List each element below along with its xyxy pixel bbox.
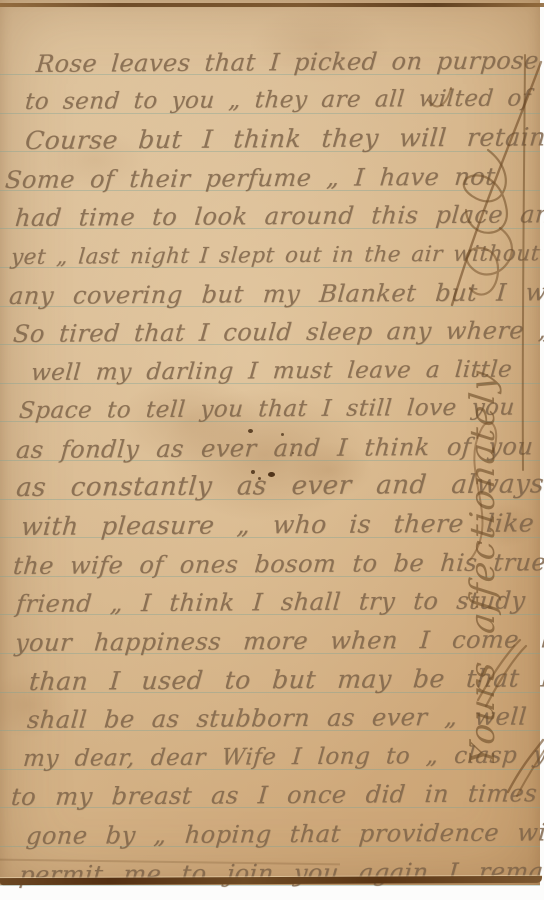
- letter-line: Some of their perfume „ I have not: [4, 162, 497, 193]
- letter-scan: Rose leaves that I picked on purposeto s…: [0, 0, 544, 900]
- letter-page: Rose leaves that I picked on purposeto s…: [0, 0, 540, 885]
- ink-speck: [292, 452, 294, 454]
- letter-line: yet „ last night I slept out in the air …: [10, 242, 541, 271]
- letter-line: as fondly as ever and I think of you: [15, 432, 535, 464]
- letter-line: to send to you „ they are all wilted of: [24, 86, 532, 116]
- ink-speck: [268, 472, 275, 477]
- ink-speck: [251, 470, 255, 474]
- letter-line: well my darling I must leave a little: [30, 356, 513, 385]
- letter-line: with pleasure „ who is there like: [20, 509, 535, 542]
- letter-line: to my breast as I once did in times: [10, 780, 538, 812]
- ink-speck: [281, 433, 284, 436]
- letter-line: Course but I think they will retain: [24, 123, 544, 156]
- letter-line: Space to tell you that I still love you: [18, 395, 516, 424]
- letter-line: shall be as stubborn as ever „ well: [26, 703, 528, 735]
- paper-top-edge: [0, 3, 544, 7]
- margin-signature: Yours affectionately: [463, 285, 509, 851]
- letter-line: friend „ I think I shall try to study: [15, 587, 527, 619]
- letter-line: had time to look around this place any: [14, 200, 544, 232]
- letter-line: Rose leaves that I picked on purpose: [35, 46, 540, 78]
- ink-speck: [248, 429, 253, 433]
- ink-speck: [258, 477, 261, 480]
